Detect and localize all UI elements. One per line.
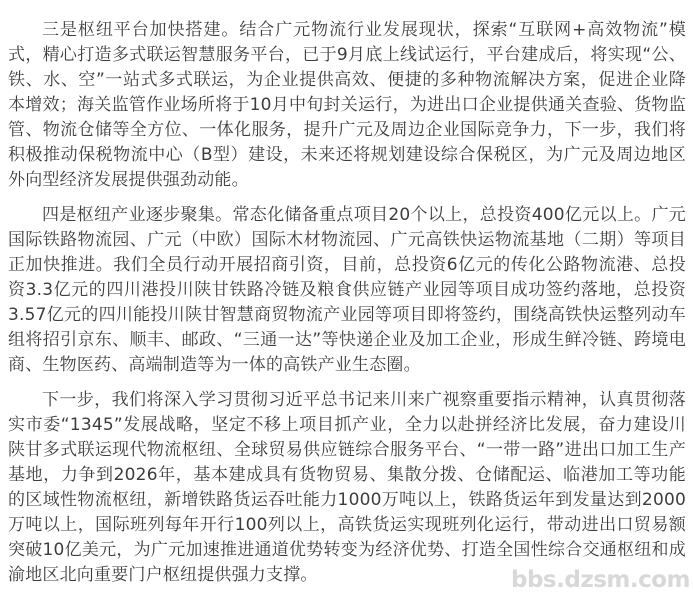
paragraph-hub-industry: 四是枢纽产业逐步聚集。常态化储备重点项目20个以上，总投资400亿元以上。广元国… [8, 203, 686, 378]
paragraph-hub-platform: 三是枢纽平台加快搭建。结合广元物流行业发展现状，探索“互联网+高效物流”模式，精… [8, 18, 686, 193]
paragraph-next-steps: 下一步，我们将深入学习贯彻习近平总书记来川来广视察重要指示精神，认真贯彻落实市委… [8, 388, 686, 588]
article-body: 三是枢纽平台加快搭建。结合广元物流行业发展现状，探索“互联网+高效物流”模式，精… [0, 0, 693, 594]
watermark: bbs.dzsm.com [511, 569, 690, 592]
